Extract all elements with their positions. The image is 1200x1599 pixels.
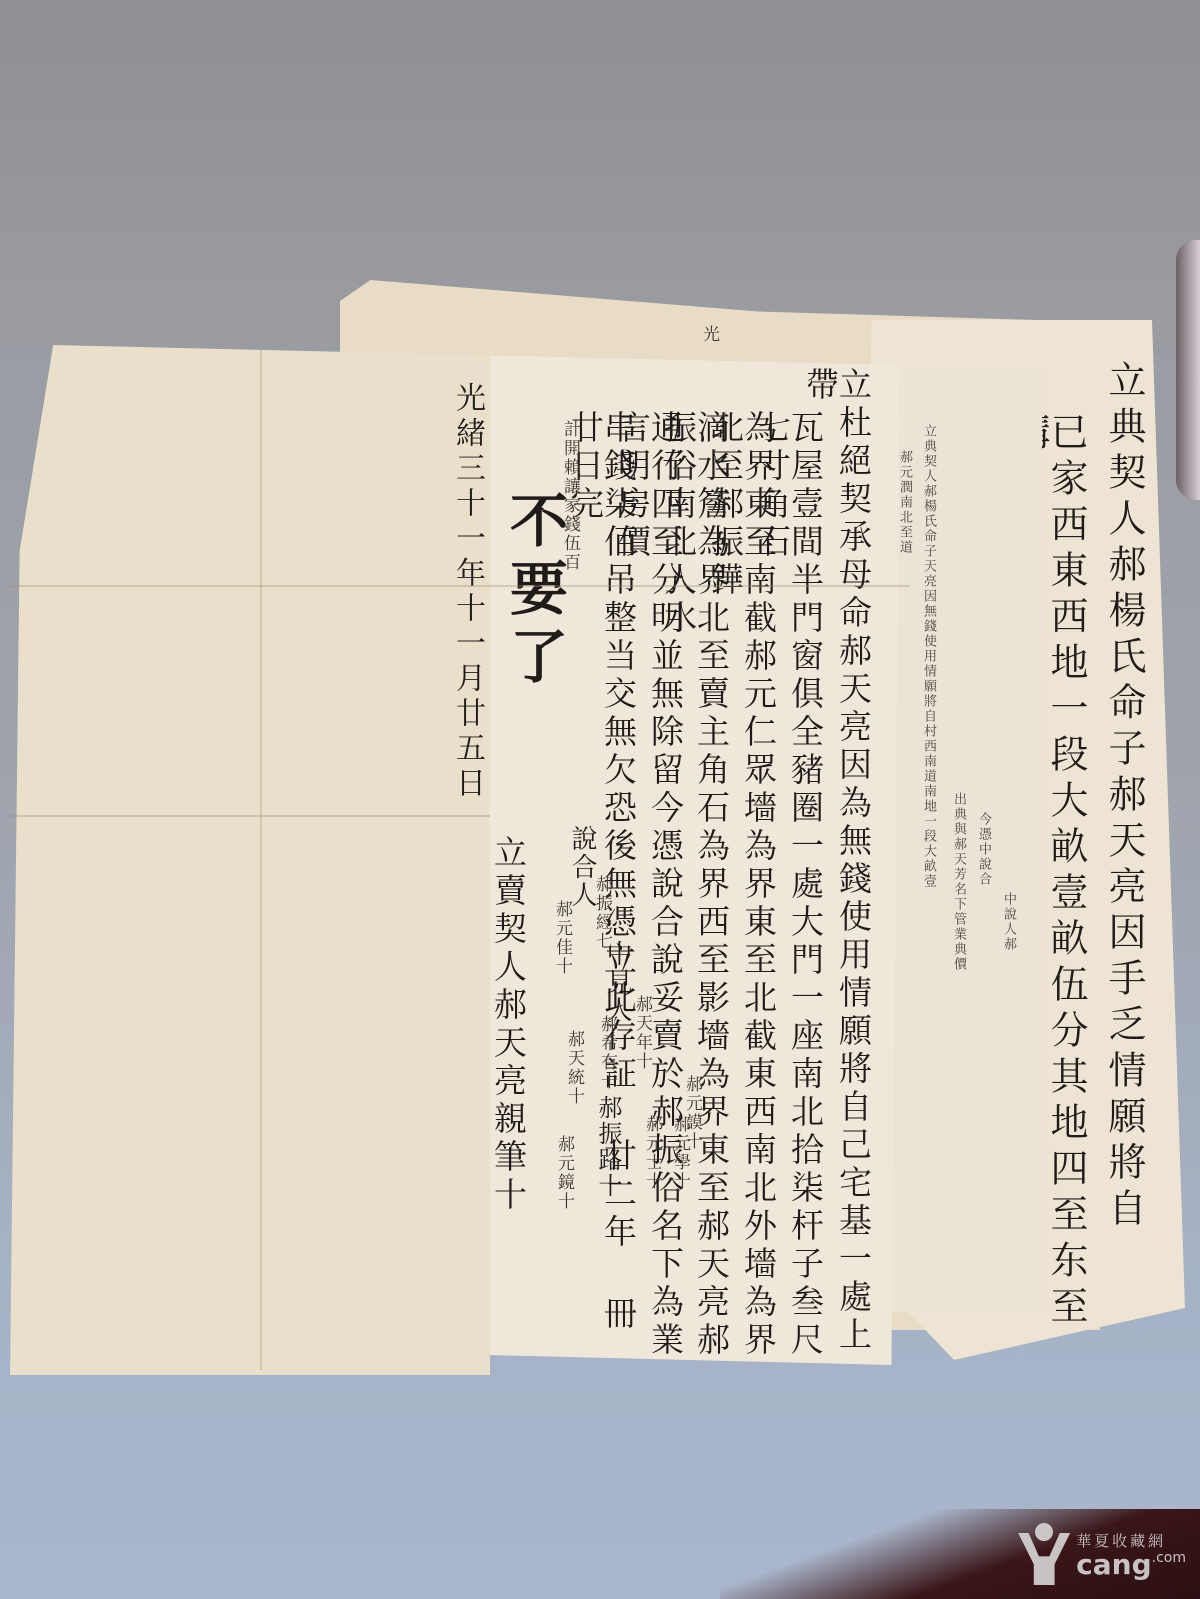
small-col-4: 今憑中說合 (977, 812, 990, 887)
date-line: 光緒三十一年十一月廿五日 (452, 382, 482, 802)
watermark: 華夏收藏網 cang.com (1018, 1523, 1186, 1585)
witness-name-5: 郝元士十 (643, 1115, 660, 1191)
small-col-5: 中說人郝 (1002, 892, 1015, 952)
small-col-2: 郝元潤南北至道 (898, 450, 911, 555)
witness-name-3: 郝天統十 (565, 1030, 582, 1106)
fold-crease (260, 350, 262, 1370)
right-col-1: 立典契人郝楊氏命子郝天亮因手乏情願將自 (1105, 360, 1143, 1234)
seller-signature-line: 立賣契人郝天亮親筆十 (492, 835, 525, 1215)
annotation-not-wanted: 不要了 (505, 490, 563, 694)
witness-name-4: 郝振路十 (596, 1095, 620, 1199)
back-top-char: 光 (700, 325, 717, 344)
fold-crease (10, 585, 910, 587)
small-col-1: 立典契人郝楊氏命子天亮因無錢使用情願將自村西南道南地一段大畝壹 (922, 424, 935, 889)
witness-name-2: 郝希有十 (598, 1015, 615, 1091)
witness-name-8: 郝元謨十 (683, 1075, 700, 1151)
go-between-name-2: 郝元佳十 (553, 900, 570, 976)
small-col-3: 出典與郝天芳名下管業典價 (952, 792, 965, 972)
watermark-domain: cang.com (1076, 1551, 1186, 1579)
witness-label: 中見人 (604, 940, 630, 1024)
fold-crease (10, 815, 490, 817)
background-cloth (1176, 240, 1200, 500)
left-blank-sheet (10, 345, 490, 1375)
cang-logo-icon (1018, 1523, 1070, 1585)
witness-name-7: 郝元鏡十 (555, 1135, 572, 1211)
witness-name-1: 郝天年十 (633, 995, 650, 1071)
